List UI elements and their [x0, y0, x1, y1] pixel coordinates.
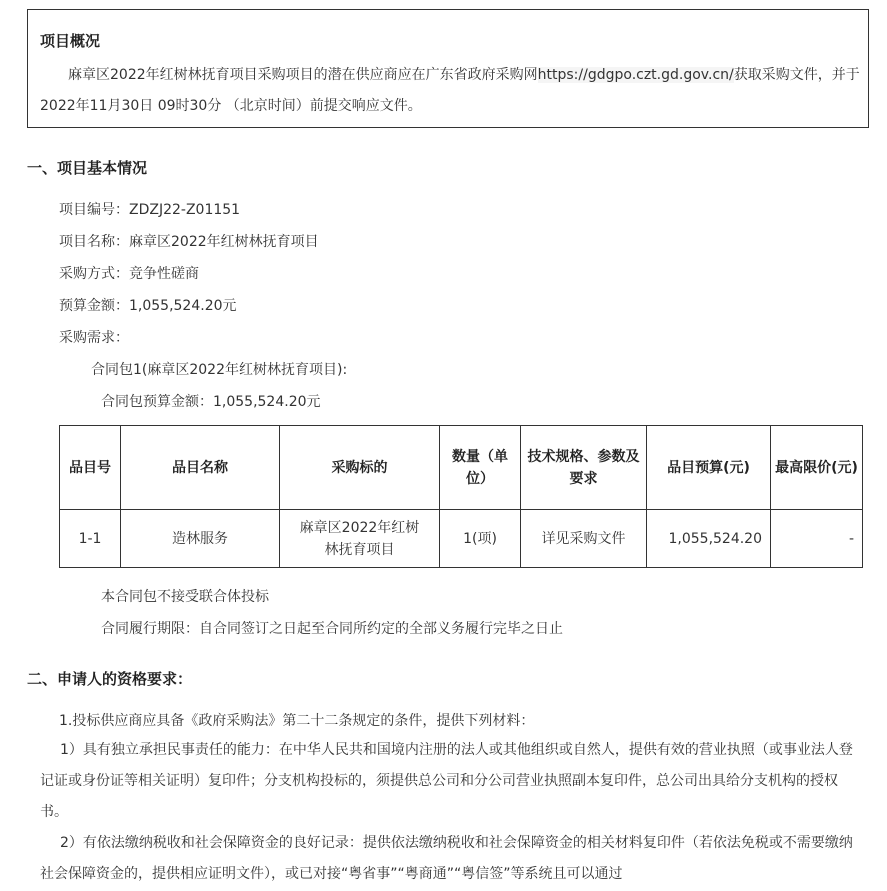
header-spec: 技术规格、参数及要求: [521, 426, 647, 510]
cell-item-name: 造林服务: [121, 510, 280, 568]
budget-amount: 预算金额：1,055,524.20元: [59, 295, 237, 315]
header-quantity: 数量（单位）: [440, 426, 521, 510]
contract-period: 合同履行期限：自合同签订之日起至合同所约定的全部义务履行完毕之日止: [101, 618, 563, 638]
cell-max-price: -: [771, 510, 863, 568]
section2-title: 二、申请人的资格要求：: [27, 668, 192, 689]
header-max-price: 最高限价(元): [771, 426, 863, 510]
procurement-method: 采购方式：竞争性磋商: [59, 263, 199, 283]
header-item-name: 品目名称: [121, 426, 280, 510]
cell-quantity: 1(项): [440, 510, 521, 568]
items-table: 品目号 品目名称 采购标的 数量（单位） 技术规格、参数及要求 品目预算(元) …: [59, 425, 863, 568]
table-header-row: 品目号 品目名称 采购标的 数量（单位） 技术规格、参数及要求 品目预算(元) …: [60, 426, 863, 510]
overview-title: 项目概况: [40, 30, 100, 51]
procurement-demand-label: 采购需求：: [59, 327, 129, 347]
procurement-site-link[interactable]: https://gdgpo.czt.gd.gov.cn/: [538, 67, 734, 83]
contract-package: 合同包1(麻章区2022年红树林抚育项目):: [91, 359, 347, 379]
cell-subject: 麻章区2022年红树林抚育项目: [280, 510, 440, 568]
project-name: 项目名称：麻章区2022年红树林抚育项目: [59, 231, 319, 251]
section1-title: 一、项目基本情况: [27, 157, 147, 178]
overview-text-before: 麻章区2022年红树林抚育项目采购项目的潜在供应商应在广东省政府采购网: [68, 67, 538, 83]
project-number: 项目编号：ZDZJ22-Z01151: [59, 199, 240, 219]
header-subject: 采购标的: [280, 426, 440, 510]
cell-item-no: 1-1: [60, 510, 121, 568]
header-budget: 品目预算(元): [647, 426, 771, 510]
header-item-no: 品目号: [60, 426, 121, 510]
qualification-item-1-1: 1）具有独立承担民事责任的能力：在中华人民共和国境内注册的法人或其他组织或自然人…: [40, 735, 860, 828]
project-overview-box: 项目概况 麻章区2022年红树林抚育项目采购项目的潜在供应商应在广东省政府采购网…: [27, 9, 869, 128]
qualification-item-1-2: 2）有依法缴纳税收和社会保障资金的良好记录：提供依法缴纳税收和社会保障资金的相关…: [40, 828, 860, 890]
package-budget: 合同包预算金额：1,055,524.20元: [101, 391, 321, 411]
table-row: 1-1 造林服务 麻章区2022年红树林抚育项目 1(项) 详见采购文件 1,0…: [60, 510, 863, 568]
no-consortium-note: 本合同包不接受联合体投标: [101, 586, 269, 606]
overview-text: 麻章区2022年红树林抚育项目采购项目的潜在供应商应在广东省政府采购网https…: [40, 60, 860, 122]
qualification-item-1: 1.投标供应商应具备《政府采购法》第二十二条规定的条件，提供下列材料：: [59, 710, 534, 730]
cell-budget: 1,055,524.20: [647, 510, 771, 568]
cell-spec: 详见采购文件: [521, 510, 647, 568]
